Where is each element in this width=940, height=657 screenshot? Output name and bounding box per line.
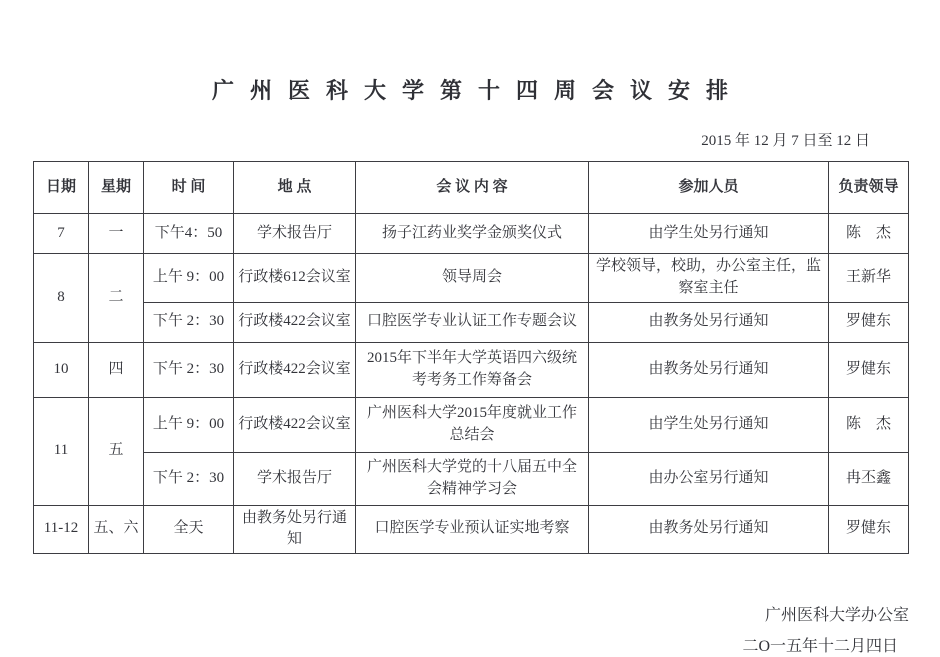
cell-content: 口腔医学专业预认证实地考察 bbox=[356, 505, 589, 554]
cell-content: 扬子江药业奖学金颁奖仪式 bbox=[356, 214, 589, 254]
cell-participants: 由教务处另行通知 bbox=[589, 342, 829, 397]
table-row: 11 五 上午 9：00 行政楼422会议室 广州医科大学2015年度就业工作总… bbox=[34, 397, 909, 452]
col-header-place: 地 点 bbox=[234, 162, 356, 214]
cell-leader: 冉丕鑫 bbox=[829, 452, 909, 505]
cell-date: 11-12 bbox=[34, 505, 89, 554]
cell-content: 2015年下半年大学英语四六级统考考务工作筹备会 bbox=[356, 342, 589, 397]
cell-time: 下午 2：30 bbox=[144, 342, 234, 397]
cell-participants: 学校领导，校助，办公室主任，监察室主任 bbox=[589, 254, 829, 303]
cell-date: 7 bbox=[34, 214, 89, 254]
table-header-row: 日期 星期 时 间 地 点 会 议 内 容 参加人员 负责领导 bbox=[34, 162, 909, 214]
cell-content: 口腔医学专业认证工作专题会议 bbox=[356, 302, 589, 342]
footer-org: 广州医科大学办公室 bbox=[0, 600, 940, 631]
col-header-participants: 参加人员 bbox=[589, 162, 829, 214]
cell-leader: 罗健东 bbox=[829, 342, 909, 397]
page-title: 广州医科大学第十四周会议安排 bbox=[0, 74, 940, 105]
table-row: 下午 2：30 行政楼422会议室 口腔医学专业认证工作专题会议 由教务处另行通… bbox=[34, 302, 909, 342]
cell-leader: 陈 杰 bbox=[829, 397, 909, 452]
cell-date: 8 bbox=[34, 254, 89, 343]
table-row: 11-12 五、六 全天 由教务处另行通知 口腔医学专业预认证实地考察 由教务处… bbox=[34, 505, 909, 554]
cell-time: 上午 9：00 bbox=[144, 397, 234, 452]
cell-date: 10 bbox=[34, 342, 89, 397]
cell-week: 五、六 bbox=[89, 505, 144, 554]
cell-participants: 由办公室另行通知 bbox=[589, 452, 829, 505]
cell-time: 全天 bbox=[144, 505, 234, 554]
cell-content: 领导周会 bbox=[356, 254, 589, 303]
cell-week: 四 bbox=[89, 342, 144, 397]
cell-place: 行政楼422会议室 bbox=[234, 342, 356, 397]
footer-date: 二O一五年十二月四日 bbox=[0, 631, 940, 657]
cell-place: 学术报告厅 bbox=[234, 452, 356, 505]
cell-week: 一 bbox=[89, 214, 144, 254]
cell-participants: 由教务处另行通知 bbox=[589, 505, 829, 554]
cell-time: 上午 9：00 bbox=[144, 254, 234, 303]
col-header-content: 会 议 内 容 bbox=[356, 162, 589, 214]
cell-week: 五 bbox=[89, 397, 144, 505]
cell-time: 下午 2：30 bbox=[144, 302, 234, 342]
cell-participants: 由学生处另行通知 bbox=[589, 397, 829, 452]
cell-place: 行政楼612会议室 bbox=[234, 254, 356, 303]
col-header-leader: 负责领导 bbox=[829, 162, 909, 214]
date-range: 2015 年 12 月 7 日至 12 日 bbox=[0, 129, 940, 150]
cell-leader: 罗健东 bbox=[829, 302, 909, 342]
col-header-date: 日期 bbox=[34, 162, 89, 214]
table-row: 7 一 下午4：50 学术报告厅 扬子江药业奖学金颁奖仪式 由学生处另行通知 陈… bbox=[34, 214, 909, 254]
cell-content: 广州医科大学2015年度就业工作总结会 bbox=[356, 397, 589, 452]
cell-leader: 陈 杰 bbox=[829, 214, 909, 254]
cell-participants: 由学生处另行通知 bbox=[589, 214, 829, 254]
meeting-schedule-table: 日期 星期 时 间 地 点 会 议 内 容 参加人员 负责领导 7 一 下午4：… bbox=[33, 161, 909, 554]
table-row: 10 四 下午 2：30 行政楼422会议室 2015年下半年大学英语四六级统考… bbox=[34, 342, 909, 397]
col-header-week: 星期 bbox=[89, 162, 144, 214]
cell-content: 广州医科大学党的十八届五中全会精神学习会 bbox=[356, 452, 589, 505]
cell-participants: 由教务处另行通知 bbox=[589, 302, 829, 342]
cell-date: 11 bbox=[34, 397, 89, 505]
signature-block: 广州医科大学办公室 二O一五年十二月四日 bbox=[0, 600, 940, 657]
cell-week: 二 bbox=[89, 254, 144, 343]
col-header-time: 时 间 bbox=[144, 162, 234, 214]
table-row: 下午 2：30 学术报告厅 广州医科大学党的十八届五中全会精神学习会 由办公室另… bbox=[34, 452, 909, 505]
cell-place: 学术报告厅 bbox=[234, 214, 356, 254]
cell-place: 由教务处另行通知 bbox=[234, 505, 356, 554]
document-page: 广州医科大学第十四周会议安排 2015 年 12 月 7 日至 12 日 日期 … bbox=[0, 0, 940, 657]
cell-time: 下午 2：30 bbox=[144, 452, 234, 505]
table-row: 8 二 上午 9：00 行政楼612会议室 领导周会 学校领导，校助，办公室主任… bbox=[34, 254, 909, 303]
cell-place: 行政楼422会议室 bbox=[234, 302, 356, 342]
cell-place: 行政楼422会议室 bbox=[234, 397, 356, 452]
cell-leader: 王新华 bbox=[829, 254, 909, 303]
cell-leader: 罗健东 bbox=[829, 505, 909, 554]
cell-time: 下午4：50 bbox=[144, 214, 234, 254]
